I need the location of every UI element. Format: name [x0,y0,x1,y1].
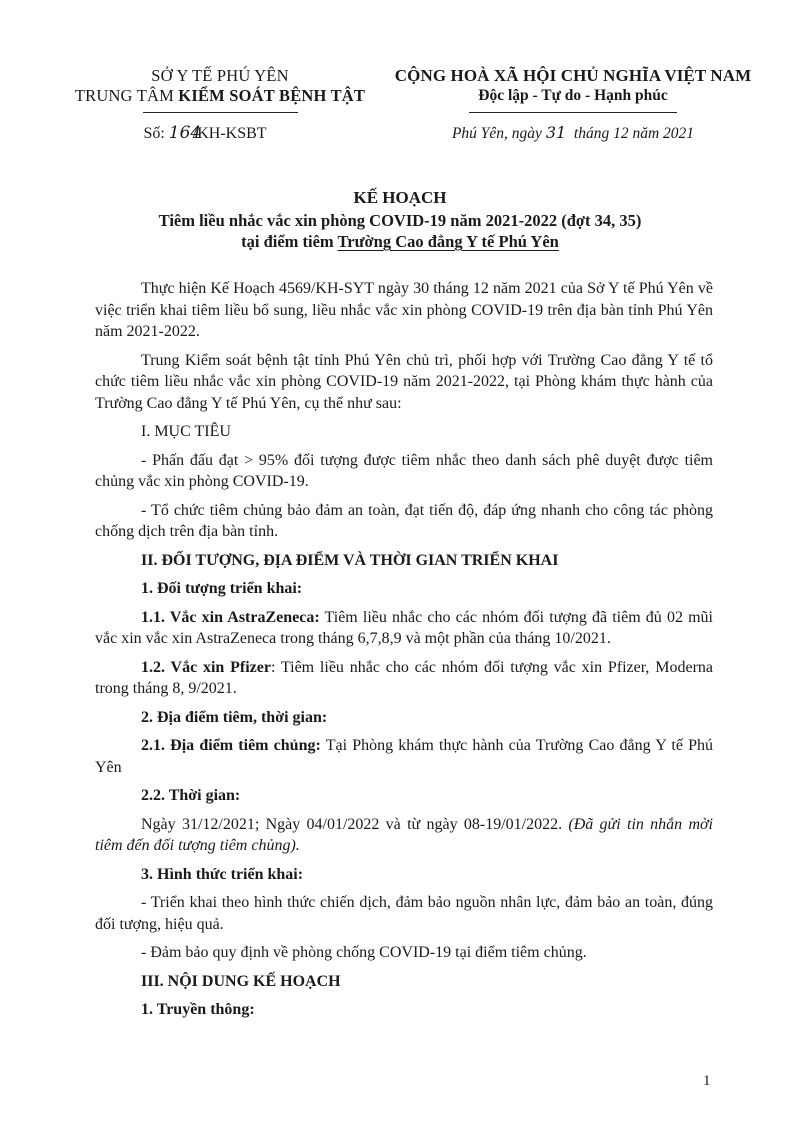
section-2-2-heading: 2. Địa điểm tiêm, thời gian: [141,707,713,729]
title-heading: KẾ HOẠCH [100,187,700,208]
section-1-item: - Tổ chức tiêm chủng bảo đảm an toàn, đạ… [95,500,713,543]
issue-date: Phú Yên, ngày 31 tháng 12 năm 2021 [383,123,763,144]
location-label: 2.1. Địa điểm tiêm chủng: [141,737,321,754]
issuing-agency-prefix: TRUNG TÂM [75,86,178,105]
section-3-1-heading: 1. Truyền thông: [141,999,713,1021]
issuing-agency-block: SỞ Y TẾ PHÚ YÊN TRUNG TÂM KIỂM SOÁT BỆNH… [55,66,385,144]
document-number-value: 164 [169,123,193,143]
motto-divider [469,112,677,113]
document-title: KẾ HOẠCH Tiêm liều nhắc vắc xin phòng CO… [100,187,700,252]
document-number-label: Số: [143,125,164,142]
section-2-2-2: Ngày 31/12/2021; Ngày 04/01/2022 và từ n… [95,814,713,857]
title-location: Trường Cao đẳng Y tế Phú Yên [338,232,559,251]
section-3-heading: III. NỘI DUNG KẾ HOẠCH [141,971,713,993]
page-number: 1 [703,1073,711,1090]
national-motto: Độc lập - Tự do - Hạnh phúc [383,86,763,106]
issue-date-suffix: tháng 12 năm 2021 [574,125,694,142]
issuing-agency: TRUNG TÂM KIỂM SOÁT BỆNH TẬT [55,86,385,106]
country-name: CỘNG HOÀ XÃ HỘI CHỦ NGHĨA VIỆT NAM [383,66,763,86]
section-2-2-1: 2.1. Địa điểm tiêm chủng: Tại Phòng khám… [95,735,713,778]
title-line-2-prefix: tại điểm tiêm [241,232,337,251]
section-2-2-2-heading: 2.2. Thời gian: [141,785,713,807]
intro-paragraph-1: Thực hiện Kế Hoạch 4569/KH-SYT ngày 30 t… [95,278,713,343]
section-1-item: - Phấn đấu đạt > 95% đối tượng được tiêm… [95,450,713,493]
section-2-3-item: - Triển khai theo hình thức chiến dịch, … [95,892,713,935]
document-number: Số: 164/KH-KSBT [25,123,385,144]
section-2-1-heading: 1. Đối tượng triển khai: [141,578,713,600]
national-motto-block: CỘNG HOÀ XÃ HỘI CHỦ NGHĨA VIỆT NAM Độc l… [383,66,763,144]
astrazeneca-label: 1.1. Vắc xin AstraZeneca: [141,609,320,626]
section-2-3-item: - Đảm bảo quy định về phòng chống COVID-… [95,942,713,964]
title-line-2: tại điểm tiêm Trường Cao đẳng Y tế Phú Y… [100,231,700,252]
section-2-3-heading: 3. Hình thức triển khai: [141,864,713,886]
agency-divider [143,112,298,113]
section-2-1-2: 1.2. Vắc xin Pfizer: Tiêm liều nhắc cho … [95,657,713,700]
issue-date-day: 31 [546,123,566,142]
title-line-1: Tiêm liều nhắc vắc xin phòng COVID-19 nă… [100,210,700,231]
section-2-1-1: 1.1. Vắc xin AstraZeneca: Tiêm liều nhắc… [95,607,713,650]
document-body: Thực hiện Kế Hoạch 4569/KH-SYT ngày 30 t… [95,278,713,1028]
parent-agency: SỞ Y TẾ PHÚ YÊN [55,66,385,86]
schedule-text: Ngày 31/12/2021; Ngày 04/01/2022 và từ n… [141,816,568,833]
issue-date-prefix: Phú Yên, ngày [452,125,542,142]
intro-paragraph-2: Trung Kiểm soát bệnh tật tỉnh Phú Yên ch… [95,350,713,415]
document-page: SỞ Y TẾ PHÚ YÊN TRUNG TÂM KIỂM SOÁT BỆNH… [0,0,800,1132]
section-1-heading: I. MỤC TIÊU [141,421,713,443]
document-number-suffix: /KH-KSBT [193,125,267,142]
issuing-agency-name: KIỂM SOÁT BỆNH TẬT [178,86,365,105]
pfizer-label: 1.2. Vắc xin Pfizer [141,659,271,676]
section-2-heading: II. ĐỐI TƯỢNG, ĐỊA ĐIỂM VÀ THỜI GIAN TRI… [141,550,713,572]
